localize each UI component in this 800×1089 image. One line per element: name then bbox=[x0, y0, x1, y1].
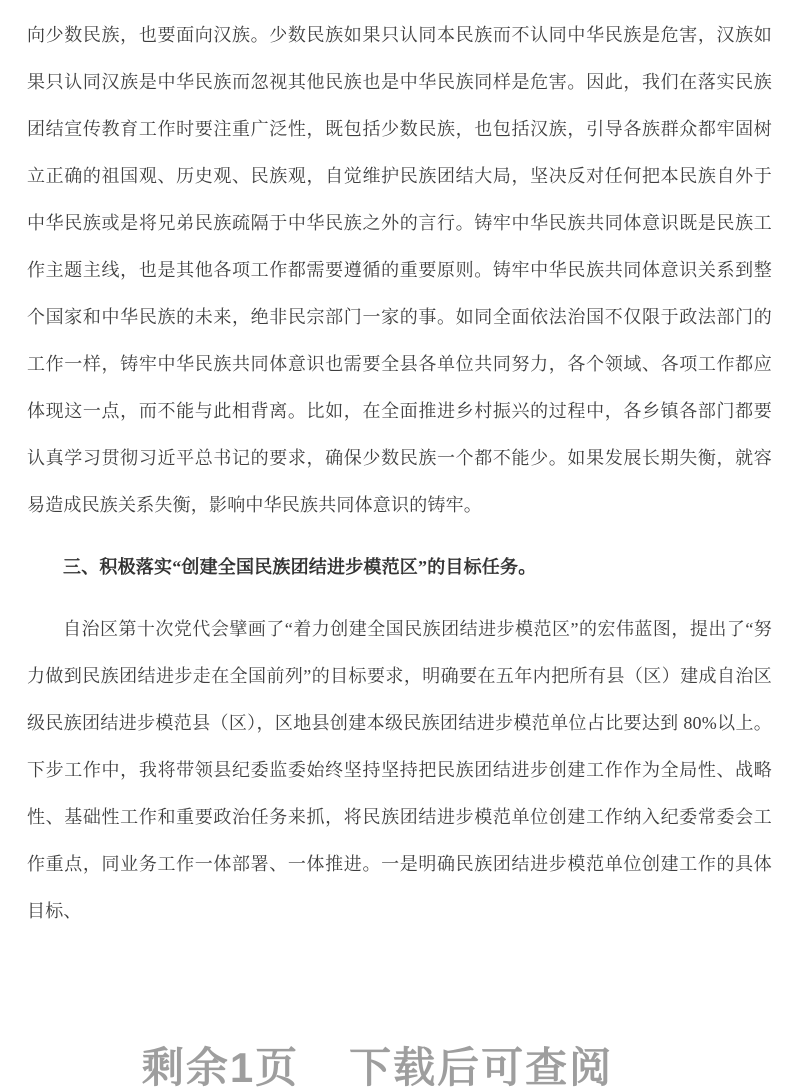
paragraph-continuation: 向少数民族，也要面向汉族。少数民族如果只认同本民族而不认同中华民族是危害，汉族如… bbox=[27, 12, 772, 529]
pages-remaining-label: 剩余1页 bbox=[142, 1035, 299, 1089]
download-banner: 剩余1页 下载后可查阅 bbox=[5, 1035, 750, 1089]
section-heading: 三、积极落实“创建全国民族团结进步模范区”的目标任务。 bbox=[27, 544, 772, 591]
paragraph-section-body: 自治区第十次党代会擘画了“着力创建全国民族团结进步模范区”的宏伟蓝图，提出了“努… bbox=[27, 606, 772, 935]
document-page: 向少数民族，也要面向汉族。少数民族如果只认同本民族而不认同中华民族是危害，汉族如… bbox=[0, 0, 800, 1089]
download-hint-label: 下载后可查阅 bbox=[349, 1035, 613, 1089]
